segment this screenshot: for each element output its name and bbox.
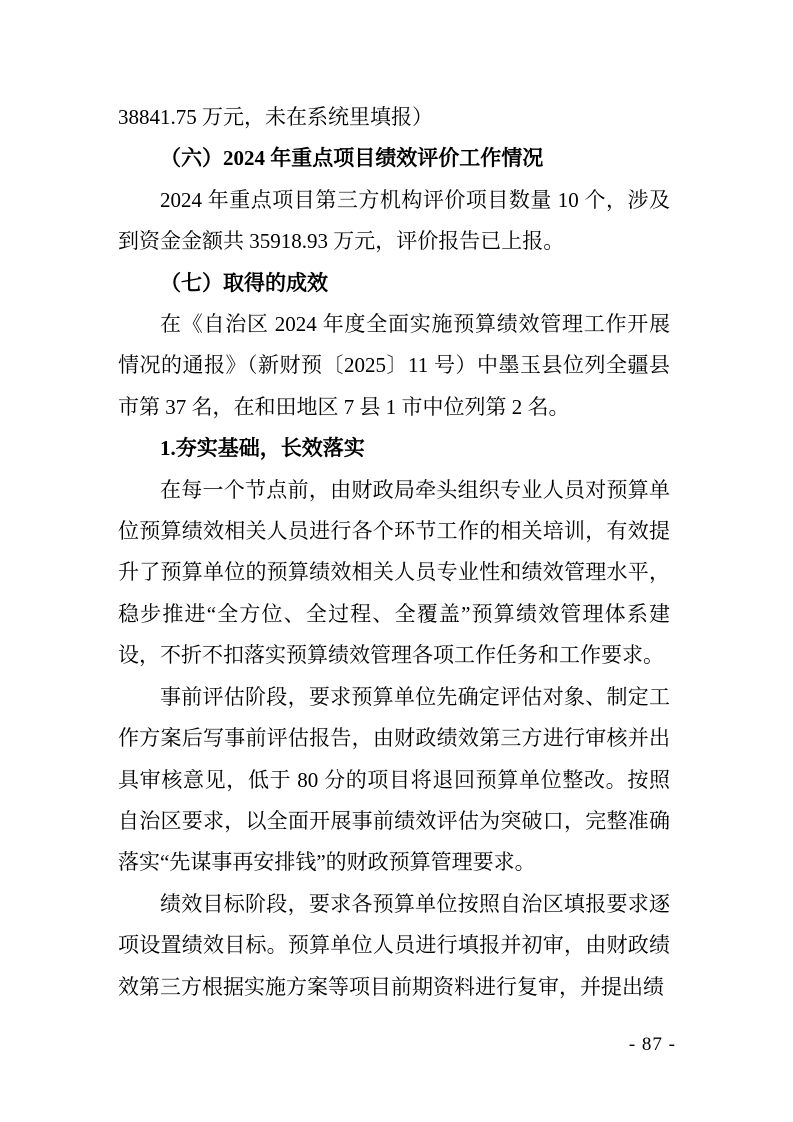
page-number: - 87 - [629,1031,676,1059]
paragraph-pre-evaluation: 事前评估阶段，要求预算单位先确定评估对象、制定工作方案后写事前评估报告，由财政绩… [118,677,670,884]
heading-subsection-1: 1.夯实基础，长效落实 [118,428,670,469]
paragraph-section-7: 在《自治区 2024 年度全面实施预算绩效管理工作开展情况的通报》（新财预〔20… [118,304,670,428]
heading-section-7: （七）取得的成效 [118,263,670,304]
document-body: 38841.75 万元，未在系统里填报） （六）2024 年重点项目绩效评价工作… [118,97,670,1008]
paragraph-training: 在每一个节点前，由财政局牵头组织专业人员对预算单位预算绩效相关人员进行各个环节工… [118,470,670,677]
paragraph-section-6: 2024 年重点项目第三方机构评价项目数量 10 个，涉及到资金金额共 3591… [118,180,670,263]
paragraph-continuation: 38841.75 万元，未在系统里填报） [118,97,670,138]
paragraph-performance-targets: 绩效目标阶段，要求各预算单位按照自治区填报要求逐项设置绩效目标。预算单位人员进行… [118,884,670,1008]
heading-section-6: （六）2024 年重点项目绩效评价工作情况 [118,138,670,179]
document-page: 38841.75 万元，未在系统里填报） （六）2024 年重点项目绩效评价工作… [0,0,793,1122]
